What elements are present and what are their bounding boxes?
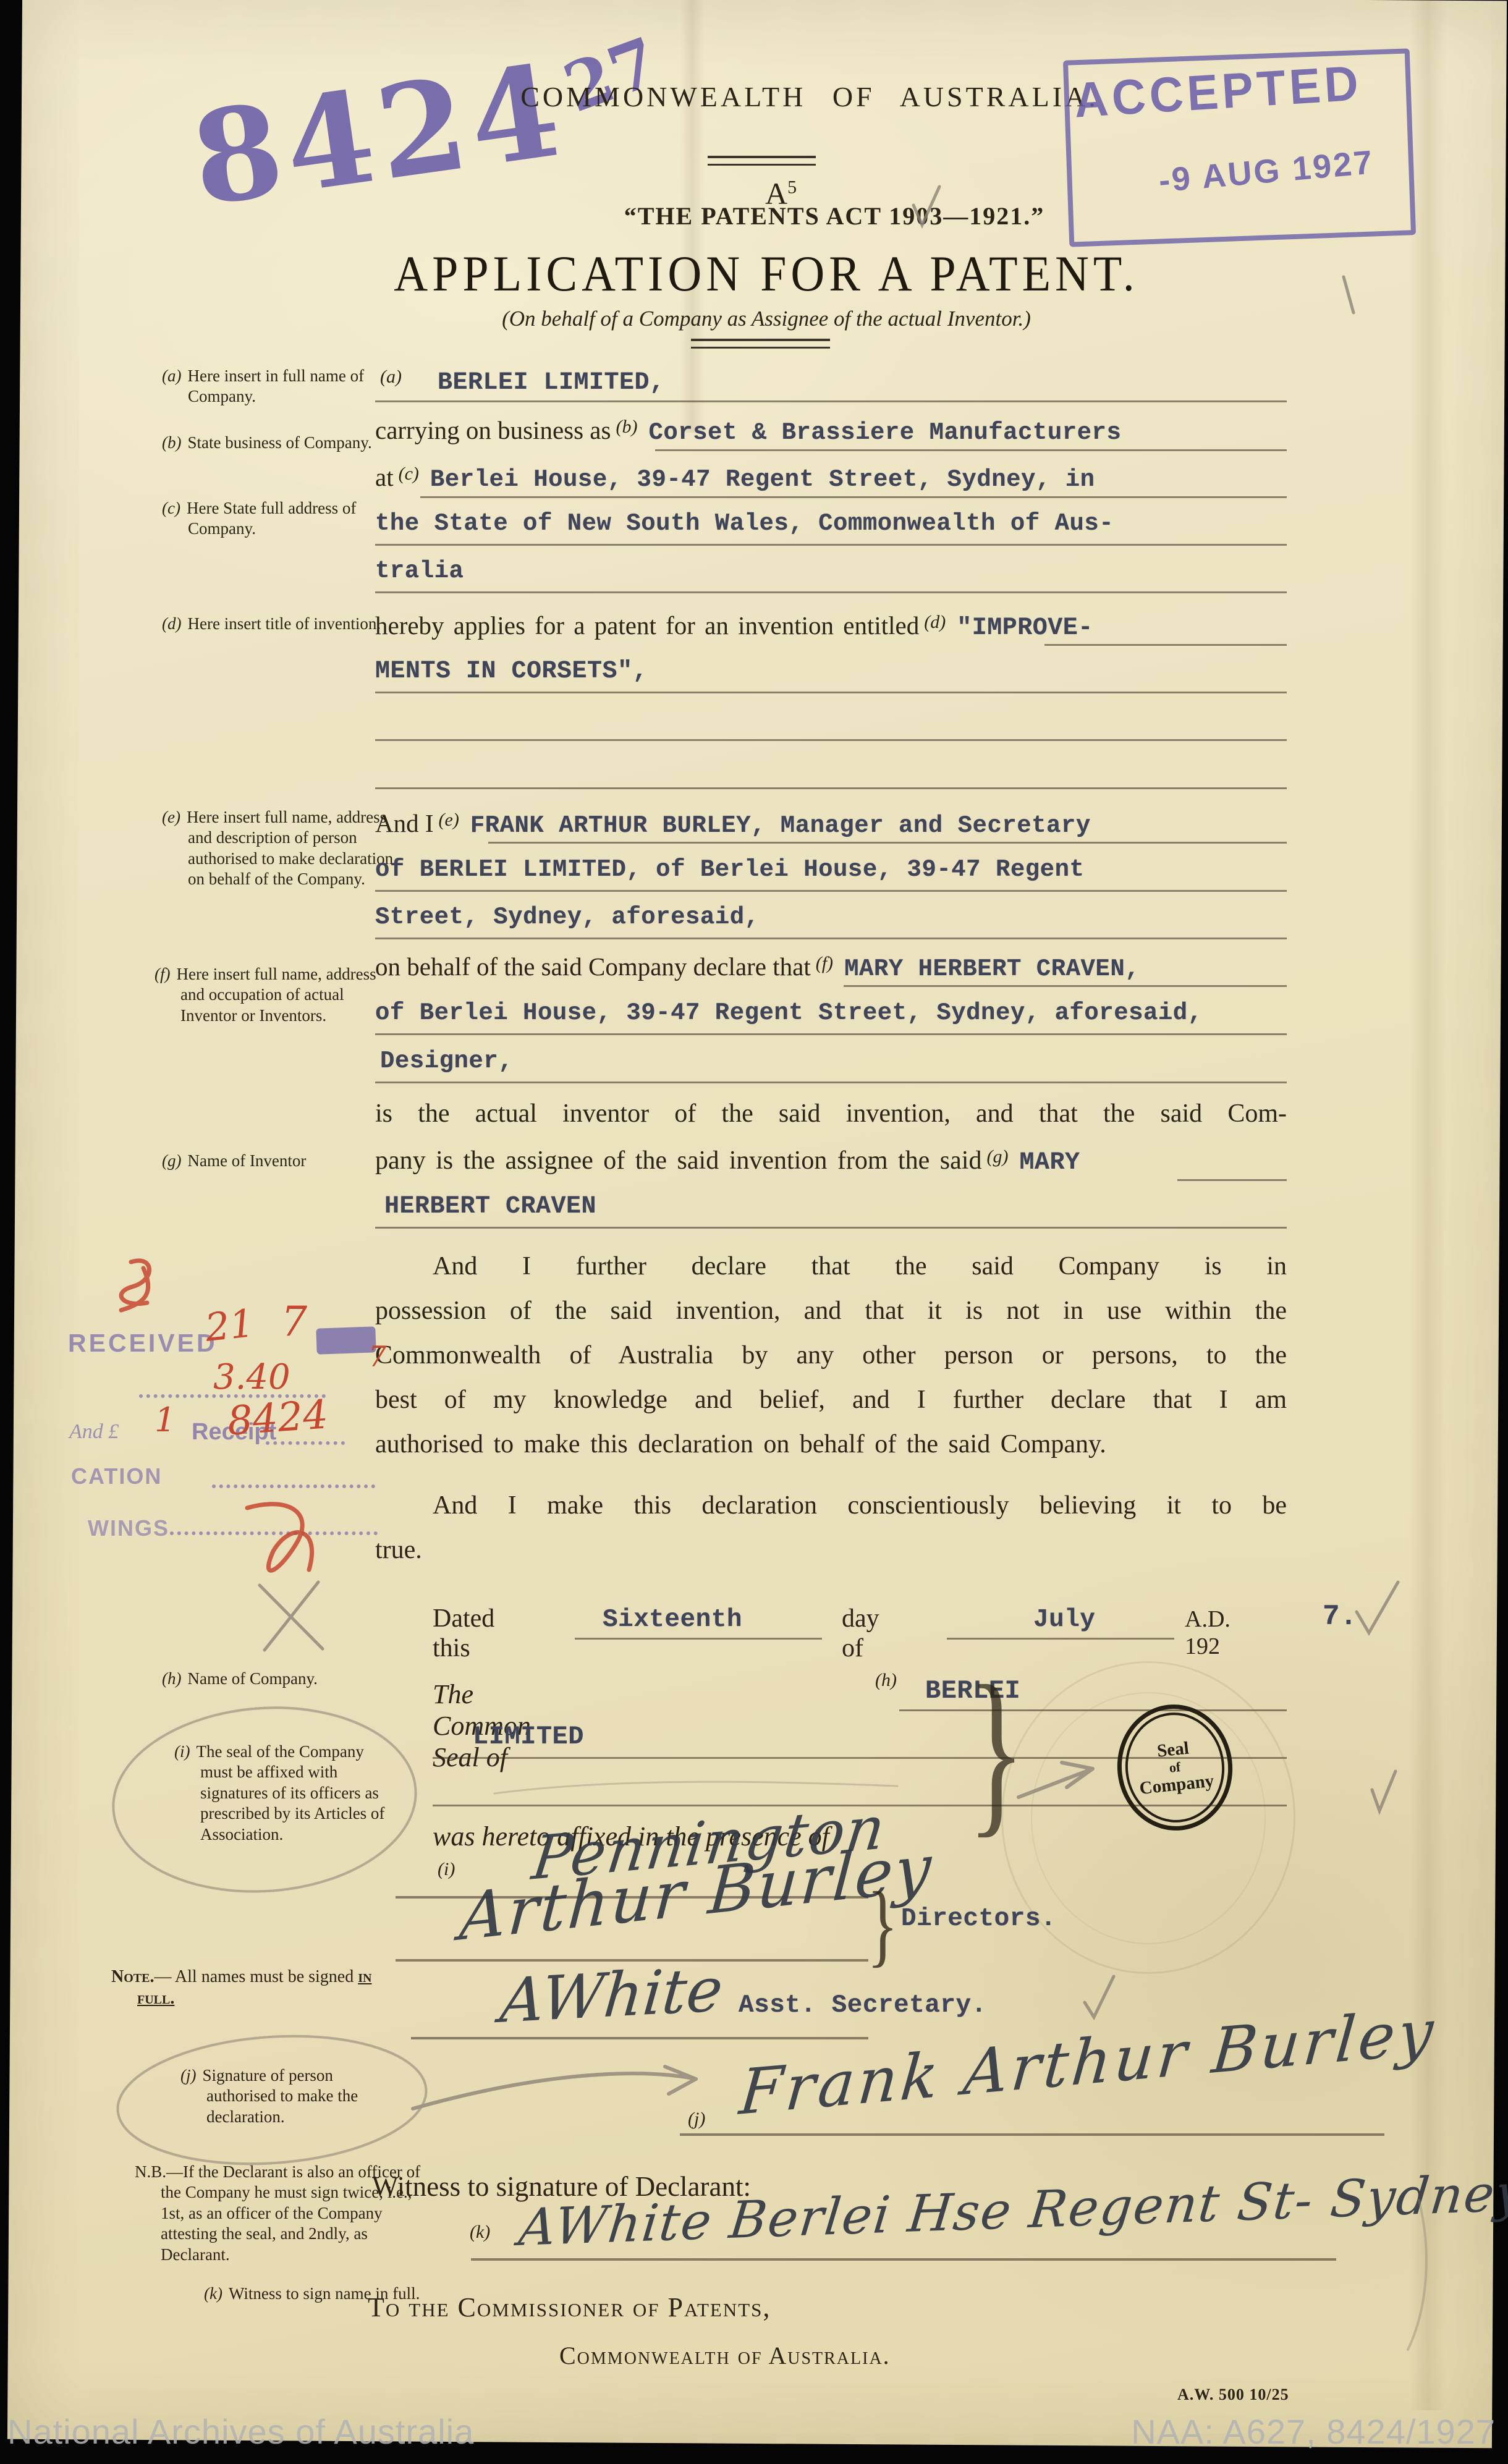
pencil-checkmark [1357, 1582, 1398, 1633]
pencil-arrow-to-seal [1019, 1769, 1093, 1797]
pencil-x-mark [265, 1582, 318, 1650]
pencil-tick [1344, 277, 1353, 313]
pencil-arrow-to-j [413, 2073, 696, 2109]
pencil-checkmark [913, 187, 939, 225]
pencil-circle-note-i [107, 1698, 421, 1901]
pencil-circle-note-j [113, 2026, 430, 2174]
document-page: 842427 COMMONWEALTH OF AUSTRALIA. A5 “TH… [0, 0, 1508, 2464]
archive-watermark: National Archives of Australia [7, 2411, 474, 2452]
annotation-marks-layer [0, 0, 1508, 2464]
pencil-scribble [494, 1782, 897, 1793]
pencil-checkmark [1085, 1976, 1114, 2017]
pencil-checkmark [1372, 1771, 1396, 1811]
ink-flourish [1408, 2200, 1426, 2350]
archive-reference: NAA: A627, 8424/1927 [1106, 2411, 1496, 2452]
pencil-arrowhead [665, 2067, 696, 2094]
red-ink-doodle [121, 1261, 150, 1310]
red-ink-monogram [247, 1504, 312, 1570]
